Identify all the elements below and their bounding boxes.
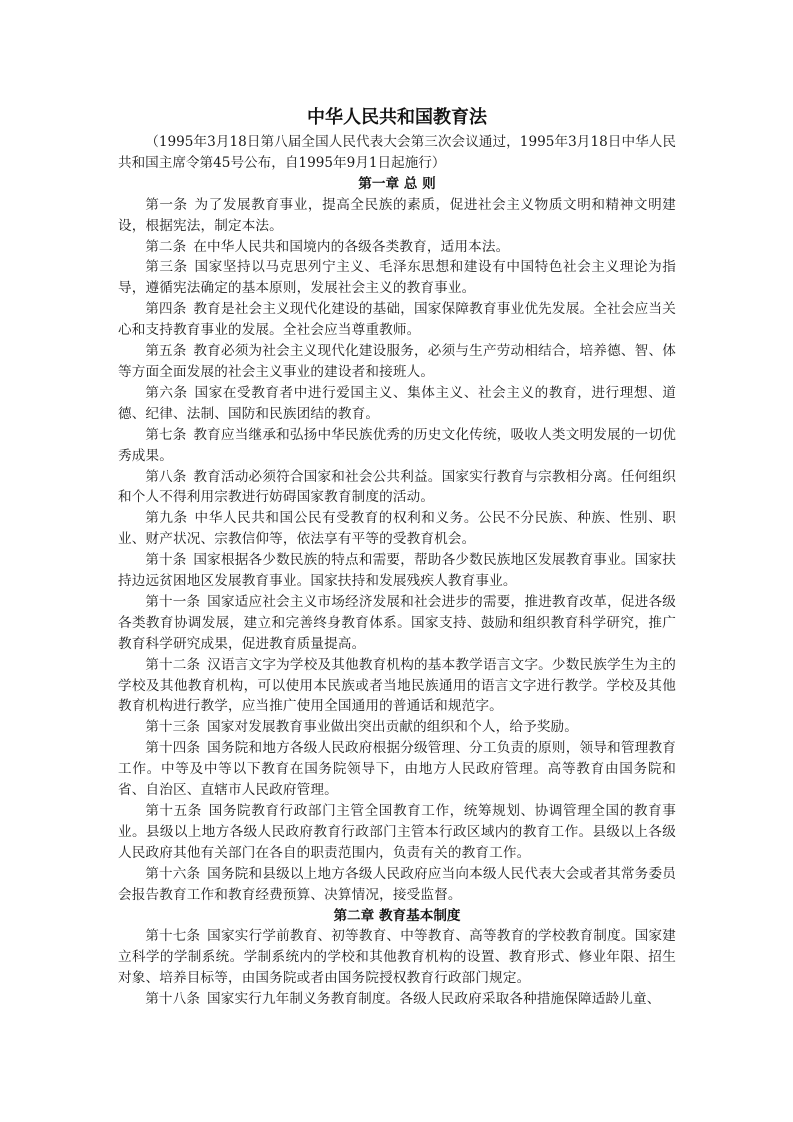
document-title: 中华人民共和国教育法: [118, 104, 676, 132]
article-number: 第十四条: [145, 740, 200, 756]
article-number: 第十一条: [145, 594, 200, 610]
article: 第十四条国务院和地方各级人民政府根据分级管理、分工负责的原则，领导和管理教育工作…: [118, 738, 676, 801]
article-text: 教育应当继承和弘扬中华民族优秀的历史文化传统，吸收人类文明发展的一切优秀成果。: [118, 427, 676, 464]
article-text: 国务院和县级以上地方各级人民政府应当向本级人民代表大会或者其常务委员会报告教育工…: [118, 866, 676, 903]
article: 第十六条国务院和县级以上地方各级人民政府应当向本级人民代表大会或者其常务委员会报…: [118, 864, 676, 906]
article-text: 国家对发展教育事业做出突出贡献的组织和个人，给予奖励。: [207, 719, 578, 735]
article-number: 第七条: [145, 427, 186, 443]
chapter-heading: 第一章 总 则: [118, 174, 676, 195]
article: 第七条教育应当继承和弘扬中华民族优秀的历史文化传统，吸收人类文明发展的一切优秀成…: [118, 425, 676, 467]
article: 第一条为了发展教育事业，提高全民族的素质，促进社会主义物质文明和精神文明建设，根…: [118, 195, 676, 237]
article-number: 第十条: [145, 552, 186, 568]
article-text: 教育活动必须符合国家和社会公共利益。国家实行教育与宗教相分离。任何组织和个人不得…: [118, 469, 676, 506]
article-number: 第一条: [145, 197, 188, 213]
article-text: 国家根据各少数民族的特点和需要，帮助各少数民族地区发展教育事业。国家扶持边远贫困…: [118, 552, 676, 589]
article-number: 第五条: [145, 343, 186, 359]
article-text: 国家实行学前教育、初等教育、中等教育、高等教育的学校教育制度。国家建立科学的学制…: [118, 928, 676, 986]
document-subtitle: （1995年3月18日第八届全国人民代表大会第三次会议通过，1995年3月18日…: [118, 132, 676, 174]
article-number: 第十二条: [145, 657, 200, 673]
article: 第十八条国家实行九年制义务教育制度。各级人民政府采取各种措施保障适龄儿童、: [118, 989, 676, 1010]
article-text: 汉语言文字为学校及其他教育机构的基本教学语言文字。少数民族学生为主的学校及其他教…: [118, 657, 676, 715]
article-number: 第十三条: [145, 719, 200, 735]
article: 第四条教育是社会主义现代化建设的基础，国家保障教育事业优先发展。全社会应当关心和…: [118, 299, 676, 341]
article-text: 国家适应社会主义市场经济发展和社会进步的需要，推进教育改革，促进各级各类教育协调…: [118, 594, 676, 652]
article: 第九条中华人民共和国公民有受教育的权利和义务。公民不分民族、种族、性别、职业、财…: [118, 508, 676, 550]
article: 第六条国家在受教育者中进行爱国主义、集体主义、社会主义的教育，进行理想、道德、纪…: [118, 383, 676, 425]
article-text: 在中华人民共和国境内的各级各类教育，适用本法。: [193, 239, 509, 255]
article-number: 第四条: [145, 301, 186, 317]
article-number: 第十八条: [145, 991, 200, 1007]
article-number: 第三条: [145, 259, 188, 275]
article: 第十七条国家实行学前教育、初等教育、中等教育、高等教育的学校教育制度。国家建立科…: [118, 926, 676, 989]
article-number: 第十七条: [145, 928, 200, 944]
article: 第十五条国务院教育行政部门主管全国教育工作，统筹规划、协调管理全国的教育事业。县…: [118, 801, 676, 864]
article-text: 国家在受教育者中进行爱国主义、集体主义、社会主义的教育，进行理想、道德、纪律、法…: [118, 385, 676, 422]
article-number: 第八条: [145, 469, 186, 485]
article: 第十一条国家适应社会主义市场经济发展和社会进步的需要，推进教育改革，促进各级各类…: [118, 592, 676, 655]
article: 第十三条国家对发展教育事业做出突出贡献的组织和个人，给予奖励。: [118, 717, 676, 738]
article-number: 第十五条: [145, 803, 202, 819]
article: 第三条国家坚持以马克思列宁主义、毛泽东思想和建设有中国特色社会主义理论为指导，遵…: [118, 257, 676, 299]
article: 第十条国家根据各少数民族的特点和需要，帮助各少数民族地区发展教育事业。国家扶持边…: [118, 550, 676, 592]
document-page: 中华人民共和国教育法 （1995年3月18日第八届全国人民代表大会第三次会议通过…: [118, 104, 676, 1010]
article-number: 第十六条: [145, 866, 200, 882]
article-text: 国家实行九年制义务教育制度。各级人民政府采取各种措施保障适龄儿童、: [207, 991, 661, 1007]
article-text: 为了发展教育事业，提高全民族的素质，促进社会主义物质文明和精神文明建设，根据宪法…: [118, 197, 676, 234]
article-text: 中华人民共和国公民有受教育的权利和义务。公民不分民族、种族、性别、职业、财产状况…: [118, 510, 676, 547]
article-number: 第九条: [145, 510, 188, 526]
article-number: 第二条: [145, 239, 186, 255]
chapter-heading: 第二章 教育基本制度: [118, 906, 676, 927]
article-number: 第六条: [145, 385, 188, 401]
article-text: 国务院和地方各级人民政府根据分级管理、分工负责的原则，领导和管理教育工作。中等及…: [118, 740, 676, 798]
article: 第二条在中华人民共和国境内的各级各类教育，适用本法。: [118, 237, 676, 258]
article: 第八条教育活动必须符合国家和社会公共利益。国家实行教育与宗教相分离。任何组织和个…: [118, 467, 676, 509]
article: 第五条教育必须为社会主义现代化建设服务，必须与生产劳动相结合，培养德、智、体等方…: [118, 341, 676, 383]
article: 第十二条汉语言文字为学校及其他教育机构的基本教学语言文字。少数民族学生为主的学校…: [118, 655, 676, 718]
article-text: 教育必须为社会主义现代化建设服务，必须与生产劳动相结合，培养德、智、体等方面全面…: [118, 343, 676, 380]
article-text: 教育是社会主义现代化建设的基础，国家保障教育事业优先发展。全社会应当关心和支持教…: [118, 301, 676, 338]
article-text: 国家坚持以马克思列宁主义、毛泽东思想和建设有中国特色社会主义理论为指导，遵循宪法…: [118, 259, 676, 296]
